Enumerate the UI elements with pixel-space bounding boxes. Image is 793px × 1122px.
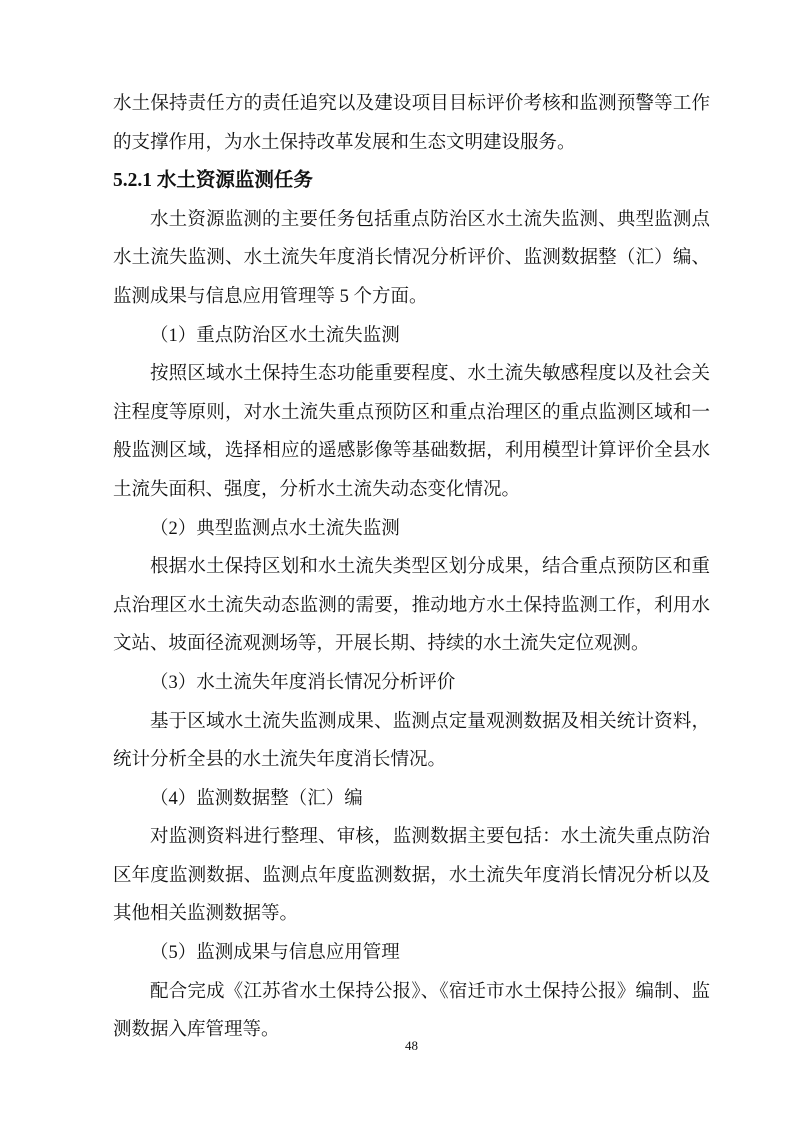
document-page: 水土保持责任方的责任追究以及建设项目目标评价考核和监测预警等工作的支撑作用，为水… [0, 0, 793, 1122]
document-body: 水土保持责任方的责任追究以及建设项目目标评价考核和监测预警等工作的支撑作用，为水… [113, 85, 710, 1050]
numbered-item-heading: （3）水土流失年度消长情况分析评价 [113, 664, 710, 703]
numbered-item-heading: （2）典型监测点水土流失监测 [113, 510, 710, 549]
numbered-item-heading: （1）重点防治区水土流失监测 [113, 317, 710, 356]
numbered-item-heading: （5）监测成果与信息应用管理 [113, 934, 710, 973]
body-paragraph: 水土资源监测的主要任务包括重点防治区水土流失监测、典型监测点水土流失监测、水土流… [113, 201, 710, 317]
body-paragraph-continuation: 水土保持责任方的责任追究以及建设项目目标评价考核和监测预警等工作的支撑作用，为水… [113, 85, 710, 162]
body-paragraph: 对监测资料进行整理、审核，监测数据主要包括：水土流失重点防治区年度监测数据、监测… [113, 818, 710, 934]
body-paragraph: 根据水土保持区划和水土流失类型区划分成果，结合重点预防区和重点治理区水土流失动态… [113, 548, 710, 664]
page-number: 48 [113, 1038, 710, 1054]
numbered-item-heading: （4）监测数据整（汇）编 [113, 780, 710, 819]
section-heading: 5.2.1 水土资源监测任务 [113, 162, 710, 201]
body-paragraph: 基于区域水土流失监测成果、监测点定量观测数据及相关统计资料，统计分析全县的水土流… [113, 703, 710, 780]
body-paragraph: 按照区域水土保持生态功能重要程度、水土流失敏感程度以及社会关注程度等原则，对水土… [113, 355, 710, 509]
